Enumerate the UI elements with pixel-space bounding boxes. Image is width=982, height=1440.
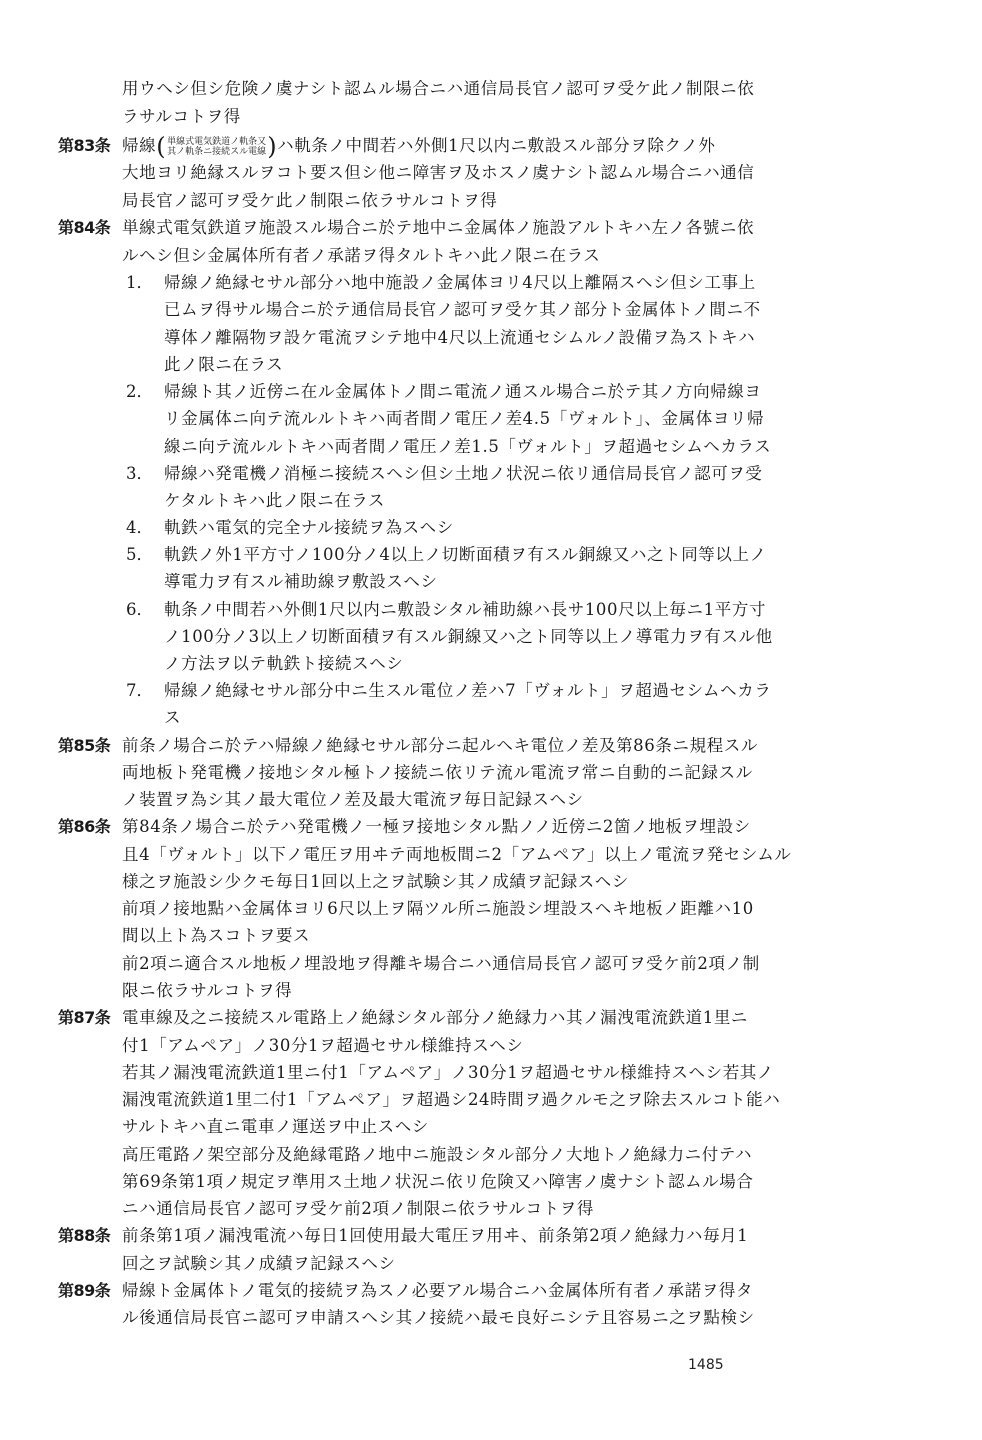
article-label-84: 第84条 — [58, 217, 110, 239]
text-line: ノ100分ノ3以上ノ切断面積ヲ有スル銅線又ハ之ト同等以上ノ導電力ヲ有スル他 — [164, 626, 773, 648]
text-line: 電車線及之ニ接続スル電路上ノ絶縁シタル部分ノ絶縁力ハ其ノ漏洩電流鉄道1里ニ — [122, 1007, 748, 1029]
text-line: 帰線ハ発電機ノ消極ニ接続スヘシ但シ土地ノ状況ニ依リ通信局長官ノ認可ヲ受 — [164, 463, 763, 485]
text-line: 回之ヲ試験シ其ノ成績ヲ記録スヘシ — [122, 1253, 396, 1275]
text-line: ノ装置ヲ為シ其ノ最大電位ノ差及最大電流ヲ毎日記録スヘシ — [122, 789, 584, 811]
text-line: 已ムヲ得サル場合ニ於テ通信局長官ノ認可ヲ受ケ其ノ部分ト金属体トノ間ニ不 — [164, 299, 761, 321]
text-line: 帰線ト金属体トノ電気的接続ヲ為スノ必要アル場合ニハ金属体所有者ノ承諾ヲ得タ — [122, 1280, 753, 1302]
text-line: ケタルトキハ此ノ限ニ在ラス — [164, 490, 385, 512]
text-line: ラサルコトヲ得 — [122, 106, 241, 128]
document-page: 用ウヘシ但シ危険ノ虞ナシト認ムル場合ニハ通信局長官ノ認可ヲ受ケ此ノ制限ニ依 ラサ… — [0, 0, 982, 1440]
text-line: 第69条第1項ノ規定ヲ準用ス土地ノ状況ニ依リ危険又ハ障害ノ虞ナシト認ムル場合 — [122, 1171, 753, 1193]
text-line: 第84条ノ場合ニ於テハ発電機ノ一極ヲ接地シタル點ノノ近傍ニ2箇ノ地板ヲ埋設シ — [122, 816, 751, 838]
text-line: 帰線ト其ノ近傍ニ在ル金属体トノ間ニ電流ノ通スル場合ニ於テ其ノ方向帰線ヨ — [164, 381, 762, 403]
article-label-86: 第86条 — [58, 816, 110, 838]
text-line: 高圧電路ノ架空部分及絶縁電路ノ地中ニ施設シタル部分ノ大地トノ絶縁力ニ付テハ — [122, 1144, 752, 1166]
text-line: 間以上ト為スコトヲ要ス — [122, 925, 310, 947]
text-line: 軌条ノ中間若ハ外側1尺以内ニ敷設シタル補助線ハ長サ100尺以上毎ニ1平方寸 — [164, 599, 766, 621]
text-line: 漏洩電流鉄道1里二付1「アムペア」ヲ超過シ24時間ヲ過クルモ之ヲ除去スルコト能ハ — [122, 1089, 780, 1111]
page-number: 1485 — [688, 1357, 724, 1373]
article-label-88: 第88条 — [58, 1225, 110, 1247]
text-line: 帰線ノ絶縁セサル部分中ニ生スル電位ノ差ハ7「ヴォルト」ヲ超過セシムヘカラ — [164, 680, 771, 702]
text-line: ニハ通信局長官ノ認可ヲ受ケ前2項ノ制限ニ依ラサルコトヲ得 — [122, 1198, 594, 1220]
item-number: 7． — [126, 680, 153, 702]
text-line: 導電力ヲ有スル補助線ヲ敷設スヘシ — [164, 571, 438, 593]
text-line: 様之ヲ施設シ少クモ毎日1回以上之ヲ試験シ其ノ成績ヲ記録スヘシ — [122, 871, 629, 893]
text-line: 軌鉄ノ外1平方寸ノ100分ノ4以上ノ切断面積ヲ有スル銅線又ハ之ト同等以上ノ — [164, 544, 767, 566]
text-line: 限ニ依ラサルコトヲ得 — [122, 980, 292, 1002]
close-paren: ) — [267, 133, 277, 161]
text-line: 若其ノ漏洩電流鉄道1里ニ付1「アムペア」ノ30分1ヲ超過セサル様維持スヘシ若其ノ — [122, 1062, 774, 1084]
text-line: 帰線ノ絶縁セサル部分ハ地中施設ノ金属体ヨリ4尺以上離隔スヘシ但シ工事上 — [164, 272, 756, 294]
article-label-89: 第89条 — [58, 1280, 110, 1302]
text-fragment: 帰線 — [122, 136, 156, 155]
text-line: 付1「アムペア」ノ30分1ヲ超過セサル様維持スヘシ — [122, 1035, 524, 1057]
item-number: 2． — [126, 381, 153, 403]
text-line: 単線式電気鉄道ヲ施設スル場合ニ於テ地中ニ金属体ノ施設アルトキハ左ノ各號ニ依 — [122, 217, 754, 239]
text-line: 線ニ向テ流ルルトキハ両者間ノ電圧ノ差1.5「ヴォルト」ヲ超過セシムヘカラス — [164, 436, 771, 458]
item-number: 1． — [126, 272, 153, 294]
text-line: 前条第1項ノ漏洩電流ハ毎日1回使用最大電圧ヲ用ヰ、前条第2項ノ絶縁力ハ毎月1 — [122, 1225, 748, 1247]
text-line: 両地板ト発電機ノ接地シタル極トノ接続ニ依リテ流ル電流ヲ常ニ自動的ニ記録スル — [122, 762, 753, 784]
article-label-83: 第83条 — [58, 135, 110, 157]
text-line: 且4「ヴォルト」以下ノ電圧ヲ用ヰテ両地板間ニ2「アムペア」以上ノ電流ヲ発セシムル — [122, 844, 792, 866]
text-line: 大地ヨリ絶縁スルヲコト要ス但シ他ニ障害ヲ及ホスノ虞ナシト認ムル場合ニハ通信 — [122, 162, 754, 184]
article-label-87: 第87条 — [58, 1007, 110, 1029]
item-number: 3． — [126, 463, 153, 485]
item-number: 6． — [126, 599, 153, 621]
text-line: ス — [164, 707, 181, 729]
text-line: 軌鉄ハ電気的完全ナル接続ヲ為スヘシ — [164, 517, 454, 539]
inline-note: 単線式電気鉄道ノ軌条又其ノ軌条ニ接続スル電線 — [167, 137, 266, 157]
note-top: 単線式電気鉄道ノ軌条又 — [167, 137, 266, 147]
text-line: 前2項ニ適合スル地板ノ埋設地ヲ得離キ場合ニハ通信局長官ノ認可ヲ受ケ前2項ノ制 — [122, 953, 760, 975]
item-number: 5． — [126, 544, 153, 566]
text-line: 此ノ限ニ在ラス — [164, 354, 283, 376]
text-line: ルヘシ但シ金属体所有者ノ承諾ヲ得タルトキハ此ノ限ニ在ラス — [122, 245, 600, 267]
open-paren: ( — [156, 133, 166, 161]
text-line: リ金属体ニ向テ流ルルトキハ両者間ノ電圧ノ差4.5「ヴォルト」、金属体ヨリ帰 — [164, 408, 764, 430]
note-bottom: 其ノ軌条ニ接続スル電線 — [167, 147, 266, 157]
article-label-85: 第85条 — [58, 735, 110, 757]
text-line: 前項ノ接地點ハ金属体ヨリ6尺以上ヲ隔ツル所ニ施設シ埋設スヘキ地板ノ距離ハ10 — [122, 898, 754, 920]
text-line: 局長官ノ認可ヲ受ケ此ノ制限ニ依ラサルコトヲ得 — [122, 190, 497, 212]
text-fragment: ハ軌条ノ中間若ハ外側1尺以内ニ敷設スル部分ヲ除クノ外 — [277, 136, 715, 155]
text-line: ル後通信局長官ニ認可ヲ申請スヘシ其ノ接続ハ最モ良好ニシテ且容易ニ之ヲ點検シ — [122, 1307, 755, 1329]
text-line: 導体ノ離隔物ヲ設ケ電流ヲシテ地中4尺以上流通セシムルノ設備ヲ為ストキハ — [164, 327, 755, 349]
item-number: 4． — [126, 517, 153, 539]
text-line: サルトキハ直ニ電車ノ運送ヲ中止スヘシ — [122, 1116, 429, 1138]
text-line: 用ウヘシ但シ危険ノ虞ナシト認ムル場合ニハ通信局長官ノ認可ヲ受ケ此ノ制限ニ依 — [122, 78, 754, 100]
text-line: 帰線(単線式電気鉄道ノ軌条又其ノ軌条ニ接続スル電線)ハ軌条ノ中間若ハ外側1尺以内… — [122, 135, 715, 158]
text-line: ノ方法ヲ以テ軌鉄ト接続スヘシ — [164, 653, 403, 675]
text-line: 前条ノ場合ニ於テハ帰線ノ絶縁セサル部分ニ起ルヘキ電位ノ差及第86条ニ規程スル — [122, 735, 758, 757]
